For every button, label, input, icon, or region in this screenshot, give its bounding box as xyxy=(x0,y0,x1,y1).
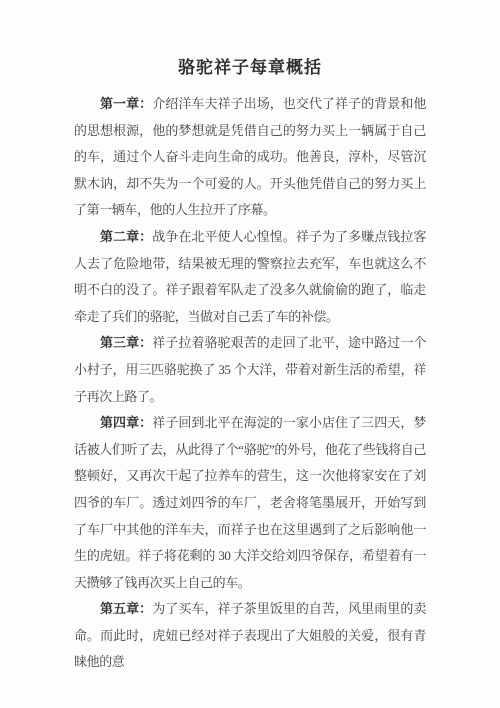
chapter-label: 第五章： xyxy=(100,601,152,616)
chapter-label: 第四章： xyxy=(100,415,152,430)
document-body: 第一章：介绍洋车夫祥子出场，也交代了祥子的背景和他的思想根源，他的梦想就是凭借自… xyxy=(74,91,426,676)
chapter-paragraph: 第二章：战争在北平使人心惶惶。祥子为了多赚点钱拉客人去了危险地带，结果被无理的警… xyxy=(74,224,426,330)
chapter-text: 祥子回到北平在海淀的一家小店住了三四天，梦话被人们听了去，从此得了个“骆驼”的外… xyxy=(74,415,426,590)
chapter-paragraph: 第一章：介绍洋车夫祥子出场，也交代了祥子的背景和他的思想根源，他的梦想就是凭借自… xyxy=(74,91,426,224)
chapter-paragraph: 第五章：为了买车，祥子茶里饭里的自苦，风里雨里的卖命。而此时，虎妞已经对祥子表现… xyxy=(74,596,426,676)
chapter-label: 第一章： xyxy=(100,96,152,111)
chapter-paragraph: 第四章：祥子回到北平在海淀的一家小店住了三四天，梦话被人们听了去，从此得了个“骆… xyxy=(74,410,426,596)
chapter-paragraph: 第三章：祥子拉着骆驼艰苦的走回了北平，途中路过一个小村子，用三匹骆驼换了 35 … xyxy=(74,330,426,410)
chapter-label: 第二章： xyxy=(100,229,152,244)
chapter-label: 第三章： xyxy=(100,335,152,350)
chapter-text: 介绍洋车夫祥子出场，也交代了祥子的背景和他的思想根源，他的梦想就是凭借自己的努力… xyxy=(74,96,426,217)
document-title: 骆驼祥子每章概括 xyxy=(0,0,500,79)
document-page: 骆驼祥子每章概括 第一章：介绍洋车夫祥子出场，也交代了祥子的背景和他的思想根源，… xyxy=(0,0,500,708)
